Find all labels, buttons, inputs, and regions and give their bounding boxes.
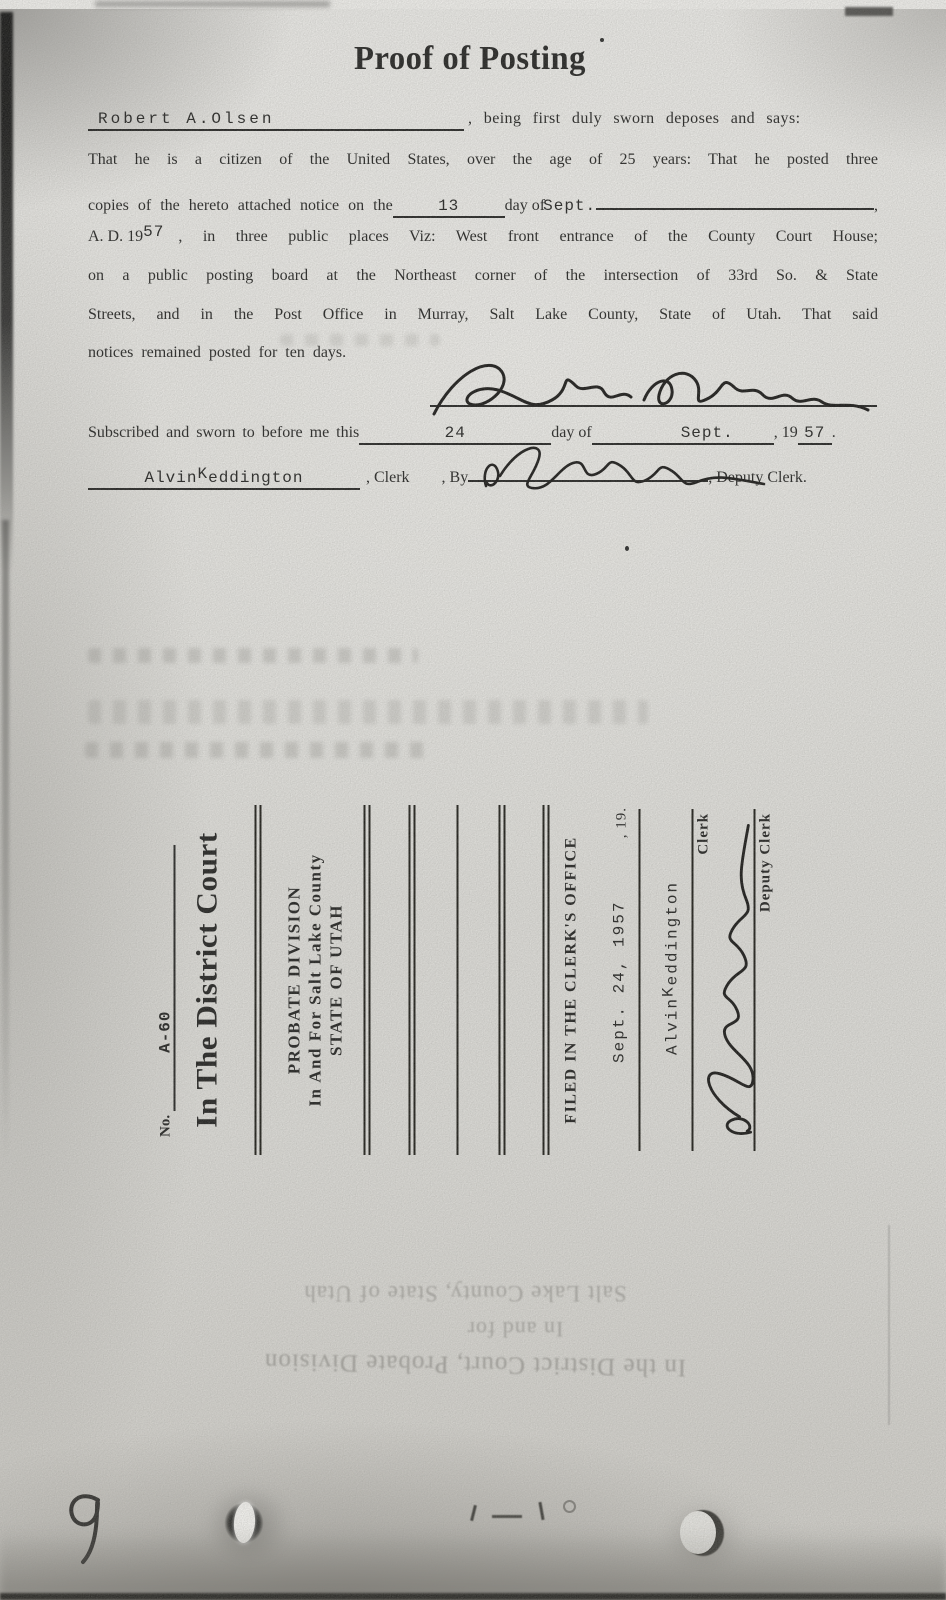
posted-month: Sept. bbox=[543, 197, 596, 215]
court-backer: No. A-60 In The District Court PROBATE D… bbox=[150, 790, 775, 1170]
paper-crease bbox=[888, 1225, 890, 1425]
body-line-6: Streets, and in the Post Office in Murra… bbox=[88, 306, 878, 330]
posted-year: 57 bbox=[143, 223, 164, 241]
case-number: A-60 bbox=[156, 1011, 174, 1111]
jurat-year-prefix: , 19 bbox=[774, 424, 798, 442]
backer-filed-date: Sept. 24, 1957 bbox=[610, 901, 628, 1063]
case-number-blank: A-60 bbox=[156, 845, 175, 1111]
posted-month-blank bbox=[596, 189, 874, 210]
jurat-day: 24 bbox=[445, 424, 466, 442]
ink-speck bbox=[625, 546, 629, 551]
backer-year-label: , 19. bbox=[613, 807, 630, 838]
clerk-name: AlvinKeddington bbox=[144, 465, 303, 487]
affiant-line: Robert A.Olsen, being first duly sworn d… bbox=[88, 110, 878, 134]
backer-rule bbox=[254, 805, 261, 1155]
line4-post: , in three public places Viz: West front… bbox=[178, 228, 878, 246]
posted-day: 13 bbox=[438, 197, 459, 215]
bleedthrough-smudge bbox=[280, 334, 440, 346]
ink-speck bbox=[600, 38, 604, 42]
bleedthrough-smudge bbox=[88, 648, 418, 663]
scan-shadow bbox=[0, 1525, 946, 1595]
clerk-name-blank: AlvinKeddington bbox=[88, 469, 360, 490]
backer-clerk-name: AlvinKeddington bbox=[663, 881, 681, 1055]
backer-case-number-row: No. A-60 bbox=[156, 845, 175, 1137]
by-label: , By bbox=[424, 469, 469, 487]
line3-comma: , bbox=[874, 197, 878, 215]
backer-jurisdiction: In And For Salt Lake County bbox=[304, 805, 325, 1155]
staple-mark bbox=[492, 1515, 522, 1518]
clerk-label: , Clerk bbox=[360, 469, 424, 487]
affiant-name-blank: Robert A.Olsen bbox=[88, 110, 464, 131]
deputy-signature bbox=[478, 440, 768, 492]
scan-smudge bbox=[95, 1, 330, 7]
scan-edge bbox=[0, 1593, 946, 1600]
body-line-3: copies of the hereto attached notice on … bbox=[88, 189, 878, 213]
scan-edge bbox=[0, 12, 13, 572]
affiant-line-text: , being first duly sworn deposes and say… bbox=[464, 110, 800, 128]
jurat-period: . bbox=[832, 424, 836, 442]
scanned-document-page: Proof of Posting Robert A.Olsen, being f… bbox=[0, 0, 946, 1600]
scan-edge bbox=[2, 520, 9, 1160]
backer-rule bbox=[456, 805, 458, 1155]
bleedthrough-smudge bbox=[85, 742, 430, 758]
body-line-4: A. D. 1957, in three public places Viz: … bbox=[88, 228, 878, 252]
backer-rule bbox=[363, 805, 370, 1155]
jurat-pre: Subscribed and sworn to before me this bbox=[88, 424, 359, 442]
backer-filed-heading: FILED IN THE CLERK'S OFFICE bbox=[562, 805, 580, 1155]
staple-mark bbox=[470, 1505, 477, 1521]
affiant-signature bbox=[428, 352, 878, 422]
backer-no-label: No. bbox=[157, 1115, 174, 1137]
bleedthrough-line-3: In the District Court, Probate Division bbox=[95, 1345, 855, 1384]
page-title: Proof of Posting bbox=[103, 40, 836, 78]
body-line-2: That he is a citizen of the United State… bbox=[88, 151, 878, 175]
tear-mark bbox=[563, 1500, 576, 1513]
backer-court-title: In The District Court bbox=[190, 798, 224, 1162]
line3-dayof: day of bbox=[505, 197, 545, 215]
backer-rule bbox=[408, 805, 415, 1155]
staple-mark bbox=[538, 1502, 544, 1520]
backer-division-block: PROBATE DIVISION In And For Salt Lake Co… bbox=[283, 805, 346, 1155]
scan-smudge bbox=[845, 7, 893, 16]
bleedthrough-line-1: Salt Lake County, State of Utah bbox=[140, 1280, 790, 1306]
bleedthrough-smudge bbox=[88, 700, 648, 724]
bleedthrough-line-2: In and for bbox=[215, 1316, 815, 1342]
line3-pre: copies of the hereto attached notice on … bbox=[88, 197, 393, 215]
line4-pre: A. D. 19 bbox=[88, 228, 143, 246]
backer-clerk-line bbox=[691, 809, 693, 1151]
backer-division: PROBATE DIVISION bbox=[283, 805, 304, 1155]
jurat-year-blank: 57 bbox=[798, 424, 832, 445]
backer-date-line bbox=[638, 809, 640, 1151]
backer-rule bbox=[542, 805, 549, 1155]
backer-rule bbox=[498, 805, 505, 1155]
posted-day-blank: 13 bbox=[393, 197, 505, 218]
body-line-5: on a public posting board at the Northea… bbox=[88, 267, 878, 291]
backer-state: STATE OF UTAH bbox=[325, 805, 346, 1155]
affiant-name: Robert A.Olsen bbox=[88, 110, 274, 128]
backer-deputy-label: Deputy Clerk bbox=[757, 813, 774, 912]
backer-deputy-signature bbox=[698, 821, 758, 1141]
backer-deputy-line bbox=[753, 809, 755, 1151]
jurat-year: 57 bbox=[804, 424, 825, 442]
